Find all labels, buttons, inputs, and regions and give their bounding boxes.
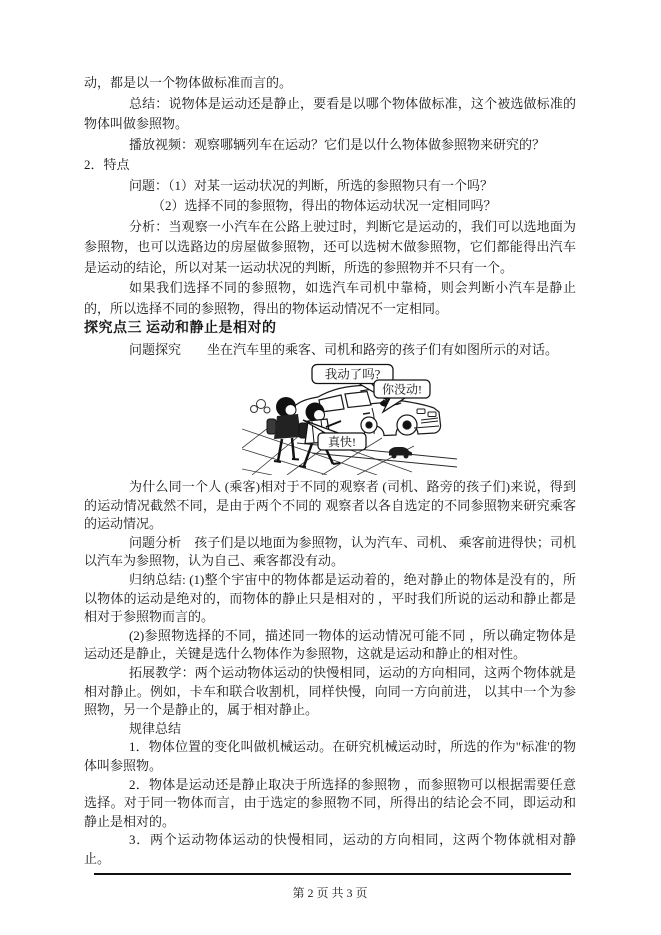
paragraph-question-2: （2）选择不同的参照物，得出的物体运动状况一定相同吗？ [84,196,576,217]
paragraph-rule-3: 3．两个运动物体运动的快慢相同，运动的方向相同，这两个物体就相对静止。 [84,831,576,868]
bubble-text-driver: 你没动! [382,382,422,397]
girl-body [274,414,301,439]
paragraph-analysis: 分析：当观察一小汽车在公路上驶过时，判断它是运动的，我们可以选地面为参照物，也可… [84,217,576,279]
paragraph-rule-1: 1．物体位置的变化叫做机械运动。在研究机械运动时，所选的作为"标准'的物体叫参照… [84,738,576,775]
heading-exploration-point-3: 探究点三 运动和静止是相对的 [84,319,576,340]
footer-divider-line [94,873,571,875]
paragraph-problem-inquiry: 问题探究 坐在汽车里的乘客、司机和路旁的孩子们有如图所示的对话。 [84,340,576,361]
paragraph-continuation: 动，都是以一个物体做标准而言的。 [84,73,576,94]
car-door-handle [363,413,370,414]
upper-section: 动，都是以一个物体做标准而言的。 总结：说物体是运动还是静止，要看是以哪个物体做… [84,73,576,360]
paragraph-induction-1: 归纳总结: (1)整个宇宙中的物体都是运动着的，绝对静止的物体是没有的，所以物体… [84,571,576,627]
paragraph-play-video: 播放视频：观察哪辆列车在运动？它们是以什么物体做参照物来研究的？ [84,135,576,156]
paragraph-extension: 拓展教学：两个运动物体运动的快慢相同，运动的方向相同，这两个物体就是相对静止。例… [84,664,576,720]
car-children-cartoon: 我动了吗? 你没动! 真快! [242,363,457,475]
lower-section: 为什么同一个人 (乘客)相对于不同的观察者 (司机、路旁的孩子们)来说，得到的运… [84,478,576,868]
paragraph-summary: 总结：说物体是运动还是静止，要看是以哪个物体做标准，这个被选做标准的物体叫做参照… [84,94,576,135]
heading-feature: 2．特点 [84,155,576,176]
paragraph-induction-2: (2)参照物选择的不同，描述同一物体的运动情况可能不同 ，所以确定物体是运动还是… [84,627,576,664]
paragraph-problem-analysis: 问题分析 孩子们是以地面为参照物，认为汽车、司机、 乘客前进得快；司机以汽车为参… [84,534,576,571]
car-headlight-right [428,412,436,417]
car-side-window-front [345,392,371,408]
girl-face [285,405,296,416]
girl-figure [267,397,301,462]
page-footer: 第 2 页 共 3 页 [84,884,576,901]
paragraph-question-1: 问题：（1）对某一运动状况的判断，所选的参照物只有一个吗？ [84,176,576,197]
dialogue-illustration: 我动了吗? 你没动! 真快! [242,363,457,475]
girl-backpack [267,419,276,434]
paragraph-different-reference: 如果我们选择不同的参照物，如选汽车司机中靠椅，则会判断小汽车是静止的，所以选择不… [84,278,576,319]
document-page: 动，都是以一个物体做标准而言的。 总结：说物体是运动还是静止，要看是以哪个物体做… [84,73,576,901]
paragraph-why-different: 为什么同一个人 (乘客)相对于不同的观察者 (司机、路旁的孩子们)来说，得到的运… [84,478,576,534]
dust-puff [251,400,271,414]
paragraph-rule-2: 2．物体是运动还是静止取决于所选择的参照物 ，而参照物可以根据需要任意选择。对于… [84,776,576,832]
girl-legs [278,438,294,461]
paragraph-rule-title: 规律总结 [84,720,576,739]
car-headlight-left [417,409,425,414]
bubble-text-passenger: 我动了吗? [325,367,381,382]
bubble-text-children: 真快! [328,434,356,449]
